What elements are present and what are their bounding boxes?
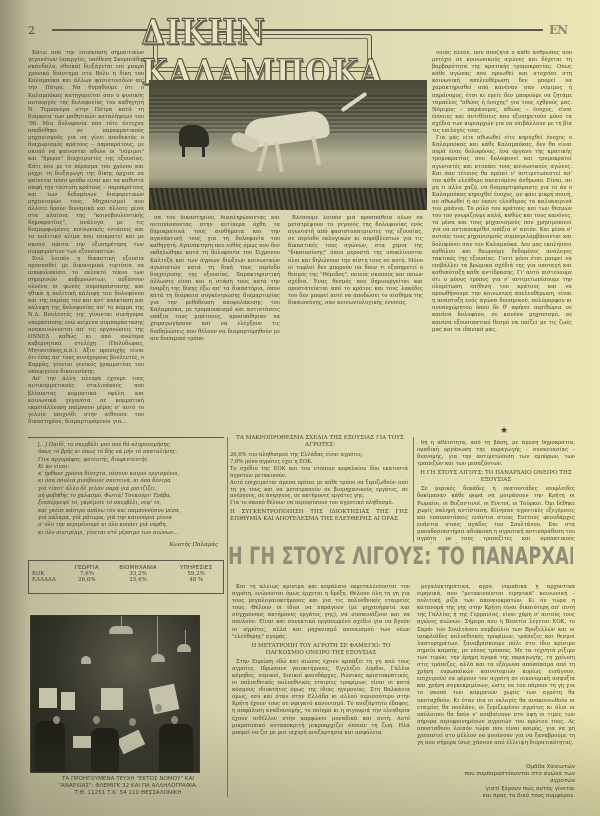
lower-paragraph: Στην Ευρώπη εδώ και αιώνες έχουν αρπάξει… <box>232 659 410 737</box>
employment-stats-table: ΓΕΩΡΓΙΑ ΒΙΟΜΗΧΑΝΙΑ ΥΠΗΡΕΣΙΕΣ ΕΟΚ 7,6% 33… <box>28 560 224 594</box>
photo-newspaper <box>39 688 57 708</box>
lower-right-column: μεγαλοκτηματικά, αγρό, νομαδικά ή αρχοντ… <box>417 584 575 760</box>
farmers-section-heading: ΤΑ ΜΑΚΡΟΠΡΟΘΕΣΜΑ ΣΧΕΔΙΑ ΤΗΣ ΕΞΟΥΣΙΑΣ ΓΙΑ… <box>230 435 410 449</box>
article-paragraph: Βλέπουμε λοιπόν μιά προσπάθεια όλων να μ… <box>288 215 423 307</box>
photo-grass <box>149 188 427 210</box>
lower-paragraph: Και τη αλλιώς κρίσιμα και κεφάλαιο εκμετ… <box>232 584 410 641</box>
farmers-list-item: Αυτό επιχειρείται άμεσα πρέπει με κάθε τ… <box>230 480 408 501</box>
photo-face <box>155 704 162 712</box>
stats-cell: 26,6% <box>67 577 107 583</box>
poem-author: Κωστής Παλαμάς <box>169 542 218 549</box>
article-column-2: σα του δικαστηρίου, διαπληρώνοντας και α… <box>150 215 280 433</box>
photo-person <box>35 721 65 773</box>
publication-logo: EN <box>549 23 573 37</box>
column-divider <box>227 437 228 797</box>
photo-newspaper <box>61 692 75 710</box>
newspaper-page: 2 EN Κάτω από την επισκίαση σημαντικών γ… <box>0 0 600 816</box>
photo-newspaper <box>149 684 180 715</box>
farmers-subheading: Η ΣΥΓΚΕΝΤΡΟΠΟΙΗΣΗ ΤΗΣ ΙΔΙΟΚΤΗΣΙΑΣ ΤΗΣ ΓΗ… <box>230 509 408 523</box>
big-headline: Η ΓΗ ΣΤΟΥΣ ΛΙΓΟΥΣ: ΤΟ ΠΑΝΑΡΧΑΙΟ ΟΝΕΙΡΟ Τ… <box>228 544 573 576</box>
cafe-photo-caption: ΤΑ ΠΡΟΗΓΟΥΜΕΝΑ ΤΕΥΧΗ "ΕΚΤΟΣ ΝΟΜΟΥ" ΚΑΙ "… <box>28 776 228 797</box>
photo-newspaper <box>101 688 123 710</box>
cafe-photo <box>30 615 200 773</box>
farmers-paragraph: δή η αθλιότητα, από τη βάση, με άμεση δη… <box>417 440 575 468</box>
article-paragraph: Ενώ λοιπόν η δικαστική εξουσία προσπαθεί… <box>28 256 144 377</box>
page-number: 2 <box>28 24 46 37</box>
photo-dark-dog <box>179 125 209 147</box>
photo-face <box>129 718 136 726</box>
lower-paragraph: μεγαλοκτηματικά, αγρό, νομαδικά ή αρχοντ… <box>417 584 575 747</box>
signature-line: που συμπαραστέκονται στο αγώνα των αγροτ… <box>440 771 575 785</box>
photo-face <box>171 716 178 724</box>
lower-subheading: Η ΜΕΤΑΤΡΟΠΗ ΤΟΥ ΑΓΡΟΤΗ ΣΕ ΦΑΜΕΓΙΟ: ΤΟ ΠΑ… <box>232 643 410 657</box>
stats-cell: 48 % <box>169 577 223 583</box>
farmers-list-item: 7,6% μόνο αγρότες έχει η ΕΟΚ. <box>230 459 408 466</box>
photo-dog-leg <box>274 142 283 172</box>
photo-face <box>93 716 100 724</box>
farmers-list-item: Το σχέδιο της ΕΟΚ και του ντόπιου κεφαλα… <box>230 466 408 480</box>
photo-lamp-cord <box>157 616 158 656</box>
farmers-list-item: 26,6% του πληθυσμού της Ελλάδας είναι αγ… <box>230 452 408 459</box>
article-paragraph: Κάτω από την επισκίαση σημαντικών γεγονό… <box>28 50 144 256</box>
poem-line: γιά τίποτ' άλλο δέ γελάν παρά γιά μπιτζί… <box>38 486 222 493</box>
photo-newspaper <box>117 730 146 755</box>
signature-line: και προς το δικό τους συμφέρον. <box>440 793 575 800</box>
stats-row-label: ΕΛΛΑΔΑ <box>29 577 67 583</box>
photo-person <box>91 728 119 773</box>
farmers-list: 26,6% του πληθυσμού της Ελλάδας είναι αγ… <box>230 452 408 523</box>
article-title-box: ΔΙΚΗΝ ΚΑΛΑΜΠΟΚΑ <box>153 34 372 72</box>
farmers-right-column: δή η αθλιότητα, από τη βάση, με άμεση δη… <box>417 440 575 544</box>
poem-line: π' όλο την περιμένουμε κι όλο κοπάει γιά… <box>38 522 222 529</box>
article-paragraph: σα του δικαστηρίου, διαπληρώνοντας και α… <box>150 215 280 343</box>
photo-person <box>159 724 193 773</box>
article-photo-dogs <box>149 80 427 210</box>
article-paragraph: Για μάς είτε αθωωθεί είτε κηρυχθεί ένοχο… <box>432 135 572 334</box>
photo-face <box>53 716 60 724</box>
poem-line: ξεσπέρμεψέ το, γκρέμισε τό σκερβέλι, νέφ… <box>38 500 222 507</box>
caption-line: ΤΑ ΠΡΟΗΓΟΥΜΕΝΑ ΤΕΥΧΗ "ΕΚΤΟΣ ΝΟΜΟΥ" ΚΑΙ <box>28 776 228 783</box>
photo-lamp <box>81 656 91 664</box>
photo-lamp <box>177 644 191 652</box>
article-paragraph: νοιας πλέον, που αποζητά ο κάθε άνθρωπος… <box>432 50 572 135</box>
poem-line: κι όλο συντρίμμι, γίνεται στό γέρσιμο τω… <box>38 530 222 537</box>
poem-line: Γίνε αργυράφος, φυτευτής, διαφεντευτής. <box>38 457 222 464</box>
poem-line: κι όσα πουλιά μισέβουνε σκοτεινά, κι όσα… <box>38 478 222 485</box>
stats-cell: 25,4% <box>107 577 170 583</box>
ornament-stars: ★ <box>500 426 508 436</box>
farmers-list-item: Για το σκοπό θέλουν να περιορίσουν τον α… <box>230 500 408 507</box>
column-divider <box>413 437 414 542</box>
article-column-4: νοιας πλέον, που αποζητά ο κάθε άνθρωπος… <box>432 50 572 420</box>
poem-quote: [...] Παιδί, το σκερβέλι μου πού θά κληρ… <box>28 437 224 555</box>
photo-dog-leg <box>311 135 321 165</box>
article-column-1: Κάτω από την επισκίαση σημαντικών γεγονό… <box>28 50 144 430</box>
article-paragraph: Απ' την άλλη πλευρά έχουμε τους αντικομμ… <box>28 376 144 426</box>
photo-lamp <box>109 626 133 634</box>
signature-block: Ομάδα Χανιωτών που συμπαραστέκονται στο … <box>440 764 575 800</box>
signature-line: γιατί ξέρουν πως αυτός γίνεται <box>440 786 575 793</box>
photo-lamp <box>151 654 165 662</box>
poem-line: καί γκέσε κάστρο απάνω του και παμπονούσ… <box>38 508 222 515</box>
caption-line: Τ.Θ. 11251 Τ.Κ. 54 110 ΘΕΣΣΑΛΟΝΙΚΗ <box>28 790 228 797</box>
caption-line: "ΑΝΑΡΧΙΑΣ": ΦΛΕΜΙΓΚ 32 ΚΑΙ ΠΑ ΑΛΛΗΛΟΓΡΑΦ… <box>28 783 228 790</box>
poem-line: όπως τό βρής κι όπως τό δής νά μήν τό σπ… <box>38 449 222 456</box>
photo-newspaper <box>73 736 93 748</box>
lower-left-column: Και τη αλλιώς κρίσιμα και κεφάλαιο εκμετ… <box>232 584 410 799</box>
article-column-3: Βλέπουμε λοιπόν μιά προσπάθεια όλων να μ… <box>288 215 423 433</box>
farmers-right-heading: Η ΓΗ ΣΤΟΥΣ ΛΙΓΟΥΣ: ΤΟ ΠΑΝΑΡΧΑΙΟ ΟΝΕΙΡΟ Τ… <box>417 470 575 484</box>
page-gutter-shadow <box>0 0 30 816</box>
stats-row: ΕΛΛΑΔΑ 26,6% 25,4% 48 % <box>29 577 223 583</box>
farmers-paragraph: Σε μερικές δεκάδες ή εκατοντάδες ισοφλει… <box>417 486 575 544</box>
